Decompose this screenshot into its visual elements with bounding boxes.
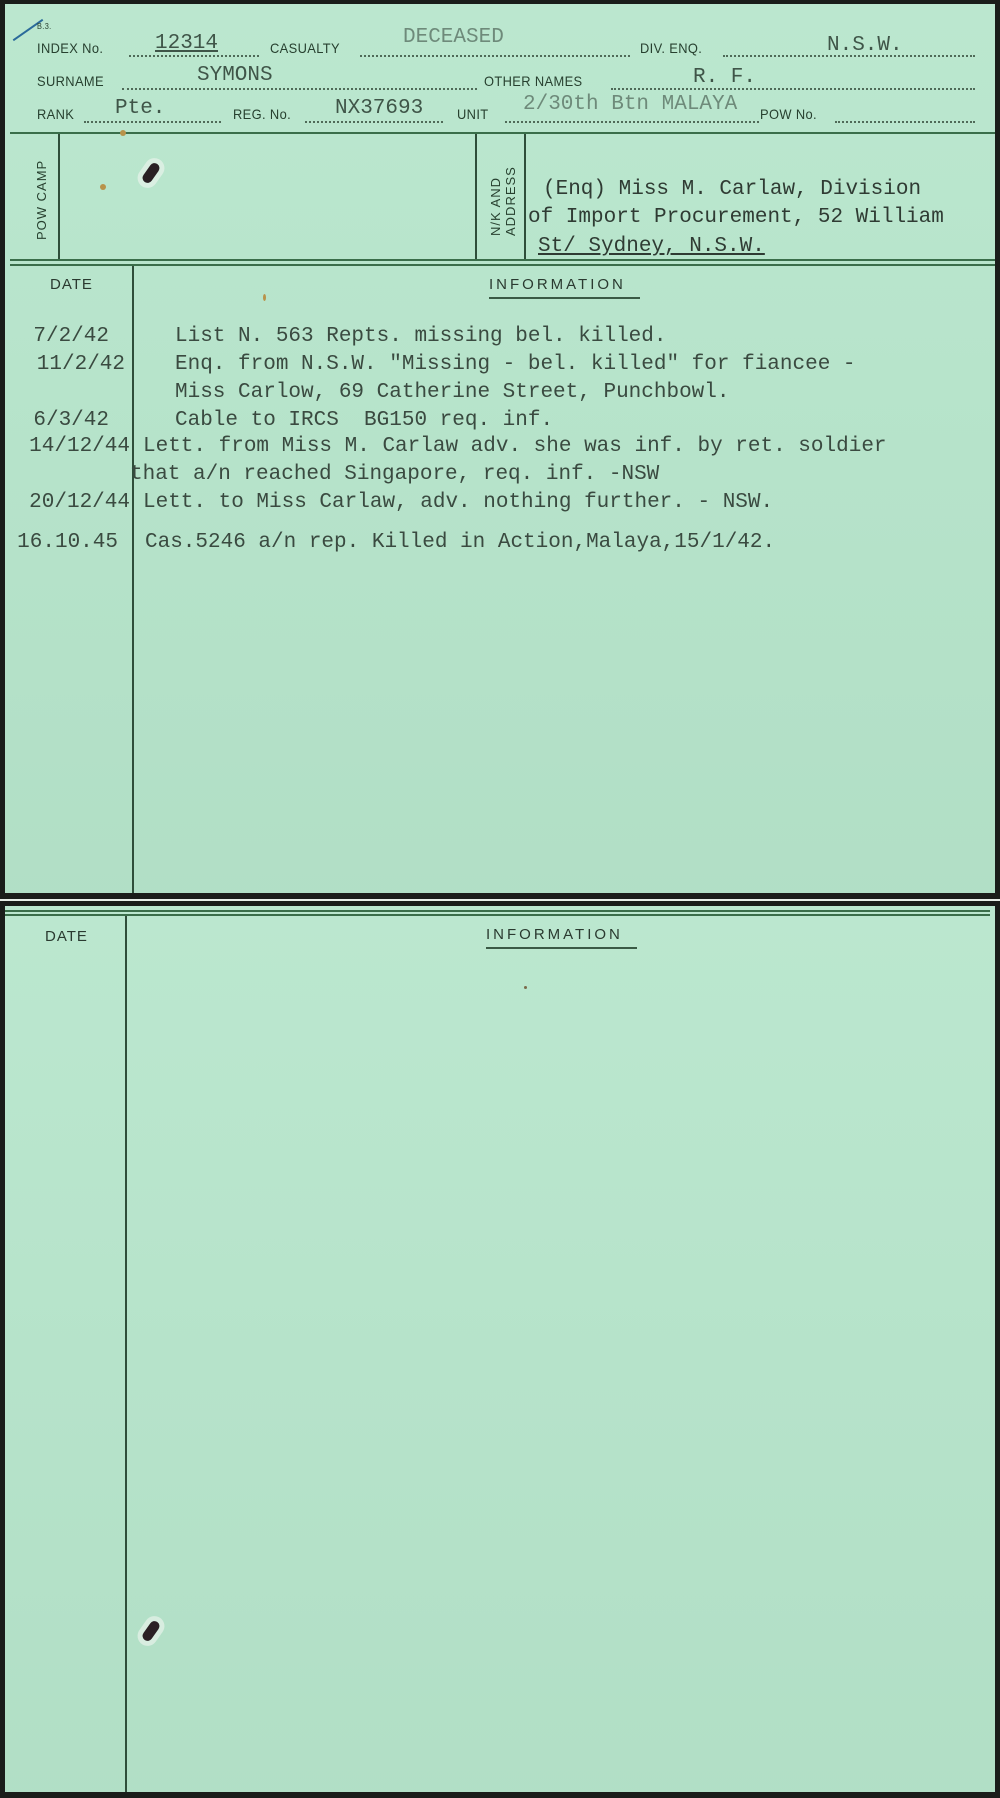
casualty-label: CASUALTY [270,40,340,56]
information-underline [486,947,637,949]
other-names-label: OTHER NAMES [484,73,583,89]
entry-text: Lett. to Miss Carlaw, adv. nothing furth… [143,491,773,515]
date-column-divider [132,266,134,893]
entry-date: 14/12/44 [29,435,130,458]
rank-value: Pte. [115,97,165,120]
surname-value: SYMONS [197,64,273,87]
reg-no-line [305,121,443,123]
pow-no-label: POW No. [760,106,817,122]
information-header: INFORMATION [486,926,623,943]
entry-text: Lett. from Miss M. Carlaw adv. she was i… [143,435,887,459]
nk-label-line1: N/K AND [489,177,503,236]
stain [100,184,106,190]
stain [524,986,527,989]
entry-text: Cable to IRCS BG150 req. inf. [175,409,553,433]
other-names-value: R. F. [693,66,756,89]
rule-double-2 [10,264,995,266]
pow-camp-label: POW CAMP [35,160,49,240]
information-header: INFORMATION [489,276,626,293]
pow-no-line [835,121,975,123]
entry-text: Cas.5246 a/n rep. Killed in Action,Malay… [145,531,775,555]
rule-top [10,132,995,134]
casualty-value: DECEASED [403,26,504,49]
entry-date: 16.10.45 [17,531,118,554]
rank-line [84,121,221,123]
index-card-front: B.3. INDEX No. 12314 CASUALTY DECEASED D… [5,4,995,893]
surname-label: SURNAME [37,73,104,89]
information-underline [489,297,640,299]
stain [263,294,266,301]
rule-double-1 [10,259,995,261]
punch-hole [141,1619,162,1643]
other-names-line [611,88,975,90]
index-no-value: 12314 [155,32,218,55]
entry-date: 7/2/42 [33,325,109,348]
nk-address-line3: St/ Sydney, N.S.W. [538,235,765,258]
date-column-divider [125,916,127,1792]
card-separator [0,899,1000,901]
nk-divider-right [524,134,526,261]
rule-double-2 [5,914,990,916]
form-code: B.3. [37,22,52,31]
index-no-label: INDEX No. [37,40,103,56]
index-card-back: DATE INFORMATION [5,906,995,1792]
unit-value: 2/30th Btn MALAYA [523,93,737,116]
casualty-line [360,55,630,57]
entry-text: Enq. from N.S.W. "Missing - bel. killed"… [175,353,856,377]
reg-no-label: REG. No. [233,106,291,122]
entry-text: Miss Carlow, 69 Catherine Street, Punchb… [175,381,730,405]
nk-address-line1: (Enq) Miss M. Carlaw, Division [543,178,921,201]
punch-hole [141,161,162,185]
entry-text: that a/n reached Singapore, req. inf. -N… [130,463,659,487]
unit-label: UNIT [457,106,489,122]
rank-label: RANK [37,106,74,122]
reg-no-value: NX37693 [335,97,423,120]
date-header: DATE [50,276,93,293]
rule-double-1 [5,910,990,912]
surname-line [122,88,477,90]
entry-date: 20/12/44 [29,491,130,514]
date-header: DATE [45,928,88,945]
nk-divider-left [475,134,477,261]
unit-line [505,121,759,123]
div-enq-label: DIV. ENQ. [640,40,702,56]
index-no-line [129,55,259,57]
nk-address-line2: of Import Procurement, 52 William [528,206,944,229]
entry-date: 11/2/42 [37,353,125,376]
pow-camp-divider [58,134,60,261]
entry-text: List N. 563 Repts. missing bel. killed. [175,325,666,349]
stain [120,130,126,136]
nk-label-line2: ADDRESS [504,166,518,236]
entry-date: 6/3/42 [33,409,109,432]
div-enq-value: N.S.W. [827,34,903,57]
